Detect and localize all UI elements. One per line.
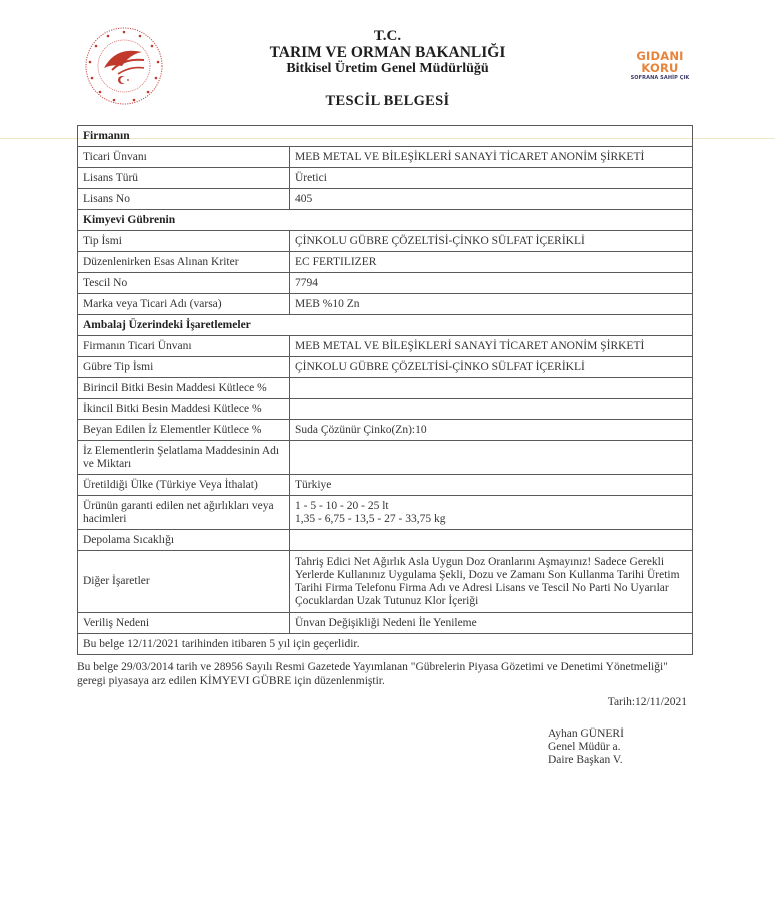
value-line-volume: 1 - 5 - 10 - 20 - 25 lt: [295, 500, 687, 513]
table-row: Lisans Türü Üretici: [78, 168, 693, 189]
row-label: Ürünün garanti edilen net ağırlıkları ve…: [78, 496, 290, 530]
row-label: Marka veya Ticari Adı (varsa): [78, 294, 290, 315]
row-value: Tahriş Edici Net Ağırlık Asla Uygun Doz …: [290, 551, 693, 613]
row-value: ÇİNKOLU GÜBRE ÇÖZELTİSİ-ÇİNKO SÜLFAT İÇE…: [290, 357, 693, 378]
header-ministry: TARIM VE ORMAN BAKANLIĞI: [0, 44, 775, 61]
table-row: Veriliş Nedeni Ünvan Değişikliği Nedeni …: [78, 613, 693, 634]
row-value: Ünvan Değişikliği Nedeni İle Yenileme: [290, 613, 693, 634]
table-row: Lisans No 405: [78, 189, 693, 210]
row-label: Lisans Türü: [78, 168, 290, 189]
row-label: Ticari Ünvanı: [78, 147, 290, 168]
row-label: Düzenlenirken Esas Alınan Kriter: [78, 252, 290, 273]
row-label: Lisans No: [78, 189, 290, 210]
table-row: Ürünün garanti edilen net ağırlıkları ve…: [78, 496, 693, 530]
value-line-weight: 1,35 - 6,75 - 13,5 - 27 - 33,75 kg: [295, 513, 687, 526]
table-row: Birincil Bitki Besin Maddesi Kütlece %: [78, 378, 693, 399]
table-row: Firmanın Ticari Ünvanı MEB METAL VE BİLE…: [78, 336, 693, 357]
row-label: Veriliş Nedeni: [78, 613, 290, 634]
row-value: MEB %10 Zn: [290, 294, 693, 315]
row-label: İkincil Bitki Besin Maddesi Kütlece %: [78, 399, 290, 420]
section-fertilizer: Kimyevi Gübrenin: [78, 210, 693, 231]
row-label: Firmanın Ticari Ünvanı: [78, 336, 290, 357]
header-tc: T.C.: [0, 28, 775, 44]
row-value: ÇİNKOLU GÜBRE ÇÖZELTİSİ-ÇİNKO SÜLFAT İÇE…: [290, 231, 693, 252]
row-value: [290, 378, 693, 399]
registration-table: Firmanın Ticari Ünvanı MEB METAL VE BİLE…: [77, 125, 693, 655]
row-value: 7794: [290, 273, 693, 294]
row-value: EC FERTILIZER: [290, 252, 693, 273]
table-row: Tescil No 7794: [78, 273, 693, 294]
table-row: Düzenlenirken Esas Alınan Kriter EC FERT…: [78, 252, 693, 273]
row-label: Birincil Bitki Besin Maddesi Kütlece %: [78, 378, 290, 399]
row-value: MEB METAL VE BİLEŞİKLERİ SANAYİ TİCARET …: [290, 336, 693, 357]
row-value: Suda Çözünür Çinko(Zn):10: [290, 420, 693, 441]
table-row: Depolama Sıcaklığı: [78, 530, 693, 551]
row-value: 1 - 5 - 10 - 20 - 25 lt 1,35 - 6,75 - 13…: [290, 496, 693, 530]
header-directorate: Bitkisel Üretim Genel Müdürlüğü: [0, 61, 775, 77]
table-row: Beyan Edilen İz Elementler Kütlece % Sud…: [78, 420, 693, 441]
row-value: [290, 399, 693, 420]
row-label: Diğer İşaretler: [78, 551, 290, 613]
table-row: Ticari Ünvanı MEB METAL VE BİLEŞİKLERİ S…: [78, 147, 693, 168]
regulation-footnote: Bu belge 29/03/2014 tarih ve 28956 Sayıl…: [77, 660, 697, 688]
table-row: İz Elementlerin Şelatlama Maddesinin Adı…: [78, 441, 693, 475]
row-label: Tip İsmi: [78, 231, 290, 252]
table-row: İkincil Bitki Besin Maddesi Kütlece %: [78, 399, 693, 420]
row-value: Üretici: [290, 168, 693, 189]
table-row: Marka veya Ticari Adı (varsa) MEB %10 Zn: [78, 294, 693, 315]
row-label: Beyan Edilen İz Elementler Kütlece %: [78, 420, 290, 441]
table-row: Gübre Tip İsmi ÇİNKOLU GÜBRE ÇÖZELTİSİ-Ç…: [78, 357, 693, 378]
document-title: TESCİL BELGESİ: [0, 93, 775, 110]
document-header: T.C. TARIM VE ORMAN BAKANLIĞI Bitkisel Ü…: [0, 28, 775, 110]
row-label: Üretildiği Ülke (Türkiye Veya İthalat): [78, 475, 290, 496]
issue-date: Tarih:12/11/2021: [608, 696, 687, 708]
row-value: Türkiye: [290, 475, 693, 496]
row-label: Depolama Sıcaklığı: [78, 530, 290, 551]
section-firm: Firmanın: [78, 126, 693, 147]
row-label: İz Elementlerin Şelatlama Maddesinin Adı…: [78, 441, 290, 475]
row-value: [290, 530, 693, 551]
signatory-title-1: Genel Müdür a.: [548, 741, 624, 754]
signatory-title-2: Daire Başkan V.: [548, 754, 624, 767]
table-row: Üretildiği Ülke (Türkiye Veya İthalat) T…: [78, 475, 693, 496]
row-label: Tescil No: [78, 273, 290, 294]
row-value: [290, 441, 693, 475]
signatory-name: Ayhan GÜNERİ: [548, 728, 624, 741]
section-packaging: Ambalaj Üzerindeki İşaretlemeler: [78, 315, 693, 336]
table-row: Tip İsmi ÇİNKOLU GÜBRE ÇÖZELTİSİ-ÇİNKO S…: [78, 231, 693, 252]
signature-block: Ayhan GÜNERİ Genel Müdür a. Daire Başkan…: [548, 728, 624, 767]
row-value: 405: [290, 189, 693, 210]
row-label: Gübre Tip İsmi: [78, 357, 290, 378]
row-value: MEB METAL VE BİLEŞİKLERİ SANAYİ TİCARET …: [290, 147, 693, 168]
validity-note: Bu belge 12/11/2021 tarihinden itibaren …: [78, 634, 693, 655]
table-row: Diğer İşaretler Tahriş Edici Net Ağırlık…: [78, 551, 693, 613]
